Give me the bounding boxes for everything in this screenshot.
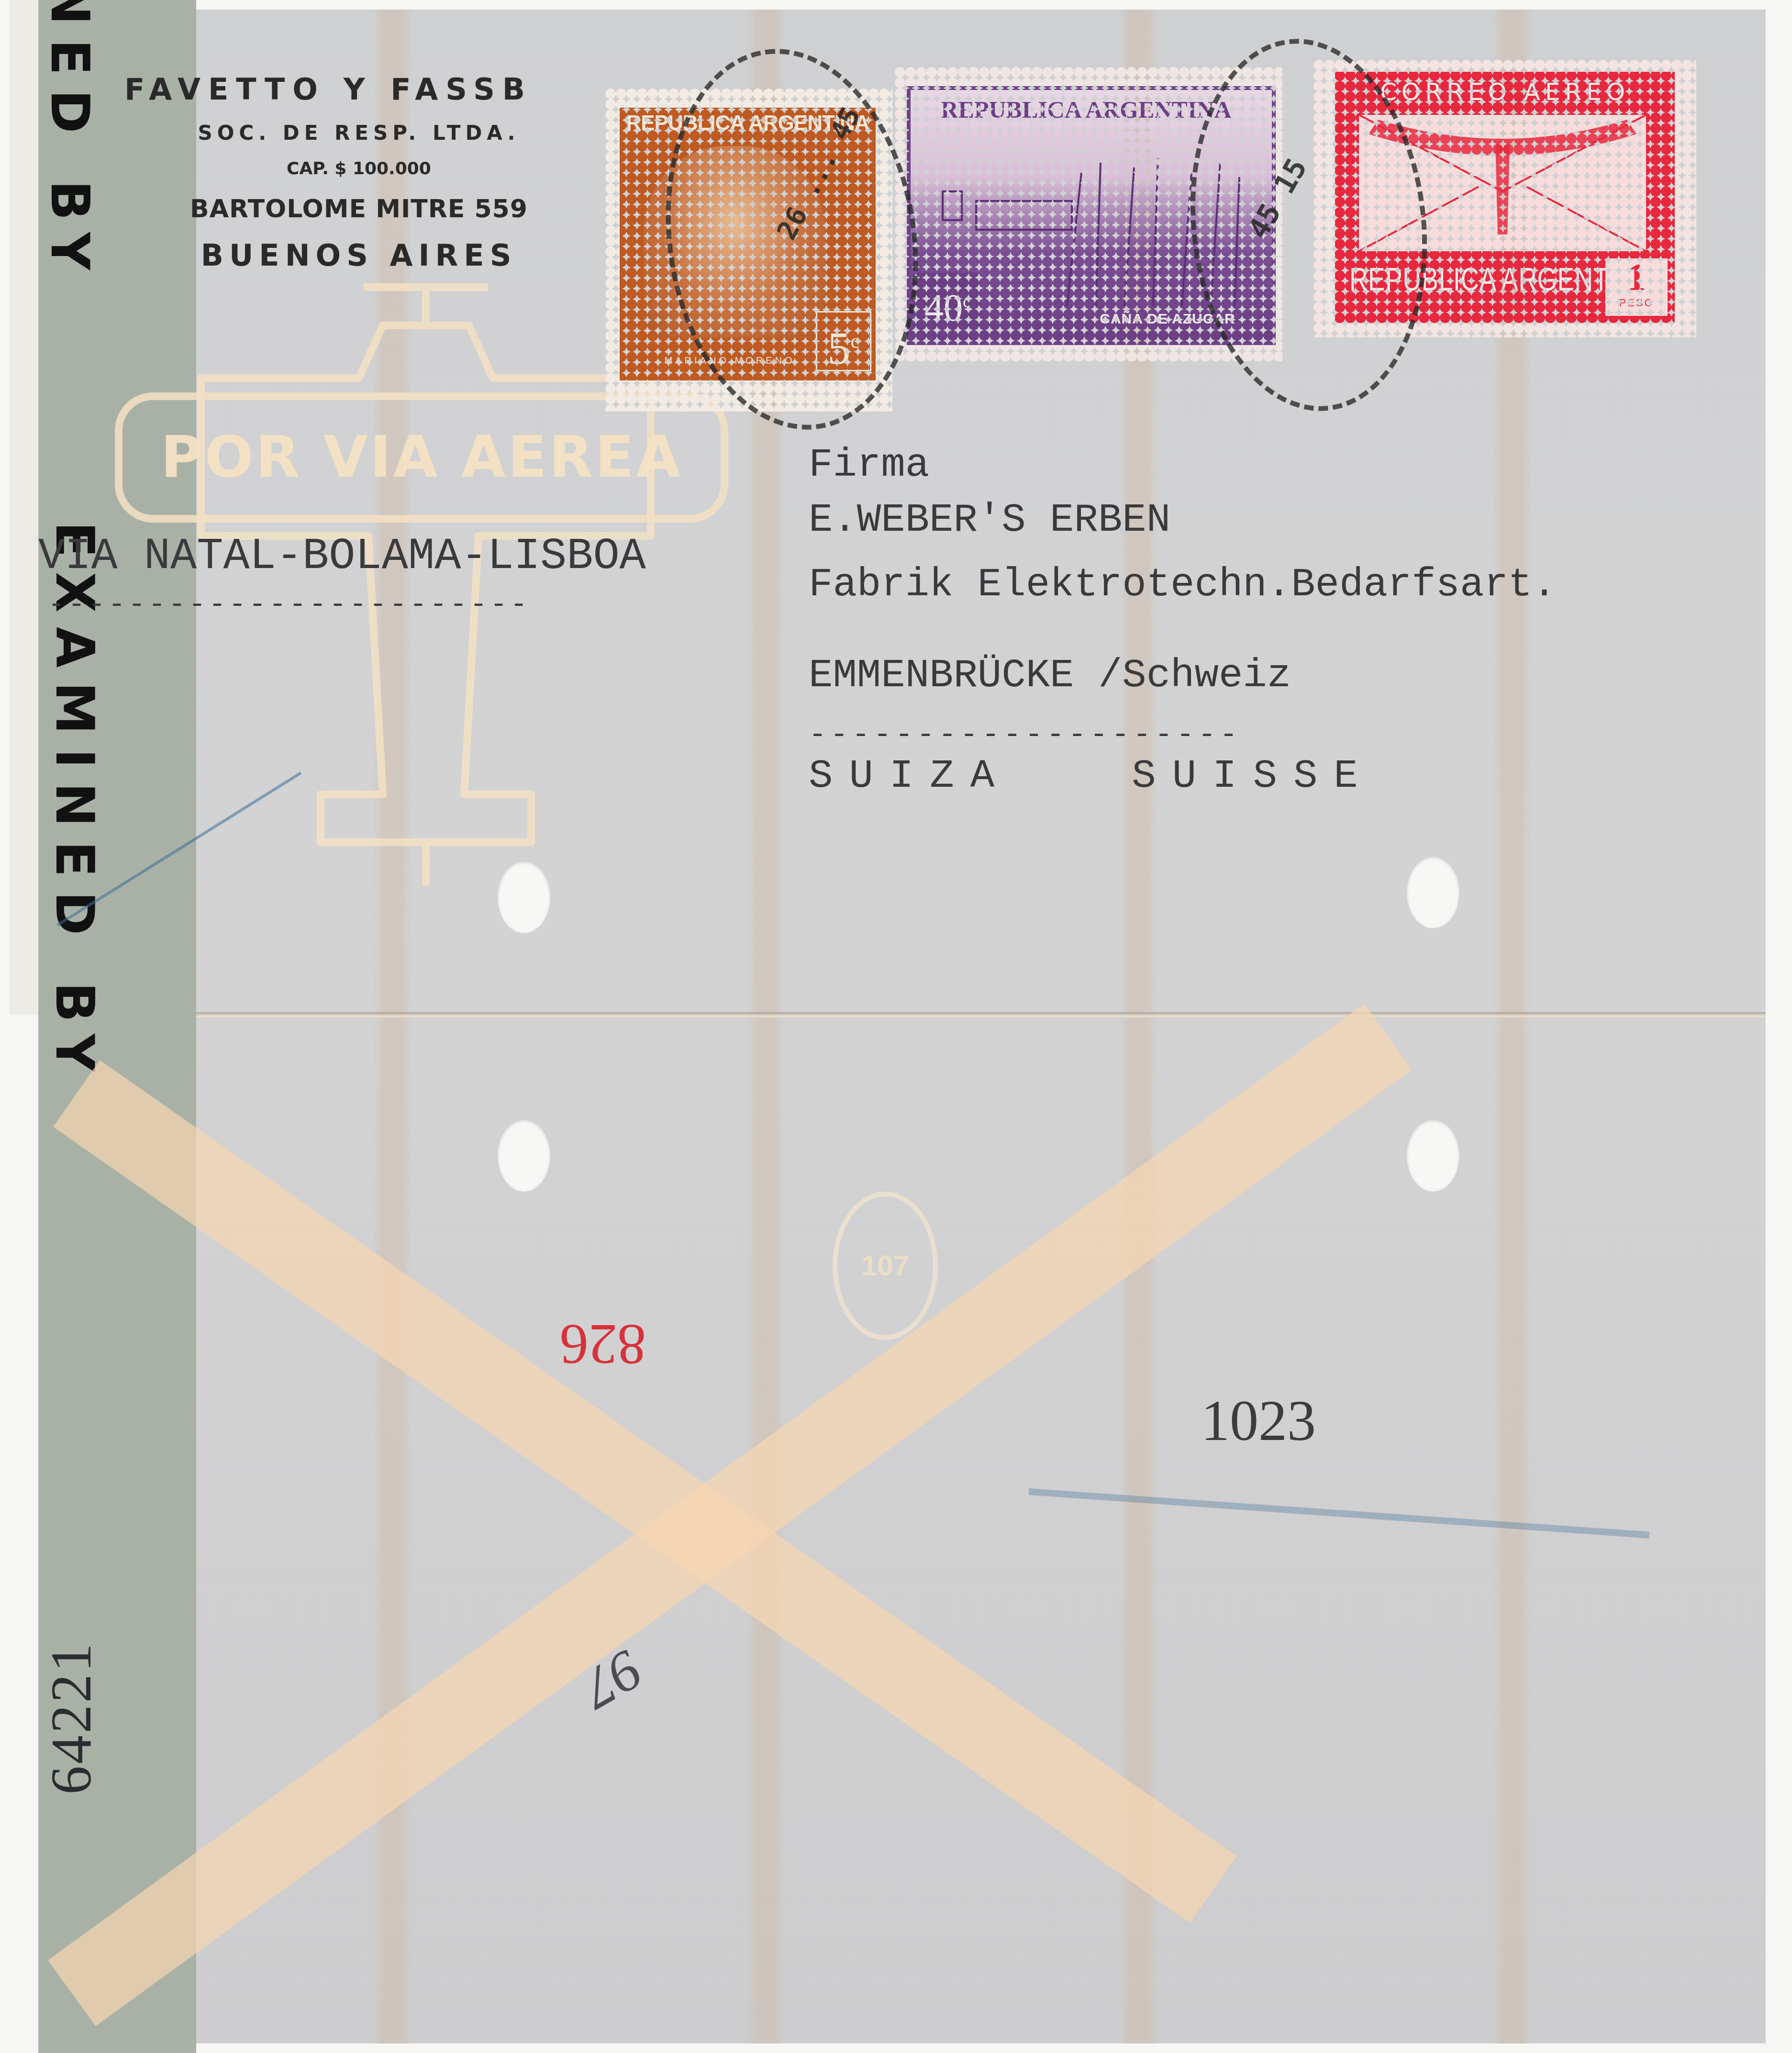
route-underline: ------------------------	[48, 589, 530, 621]
punch-hole	[498, 1120, 550, 1192]
airmail-label: POR VIA AEREA	[115, 392, 728, 523]
censor-text-top: NED BY	[39, 0, 100, 284]
censor-number: 64221	[38, 1641, 104, 1795]
company-capital: CAP. $ 100.000	[120, 159, 598, 179]
stamp-value: 40c	[914, 273, 981, 330]
censor-tape-edge	[10, 0, 38, 1015]
punch-hole	[1407, 1120, 1459, 1192]
route-text: VIA NATAL-BOLAMA-LISBOA	[38, 531, 646, 581]
fold-line	[38, 1012, 1766, 1019]
receipt-number: 1023	[1201, 1388, 1316, 1454]
stamp-value-number: 1	[1605, 258, 1668, 297]
backstamp: 107	[833, 1192, 938, 1340]
stamp-value-unit: c	[963, 292, 970, 311]
address-line-recipient: E.WEBER'S ERBEN	[809, 498, 1170, 543]
company-name: FAVETTO Y FASSB	[124, 72, 598, 107]
address-line-firma: Firma	[809, 443, 929, 488]
company-street: BARTOLOME MITRE 559	[120, 195, 598, 223]
address-line-city: EMMENBRÜCKE /Schweiz	[809, 653, 1291, 699]
punch-hole	[498, 861, 550, 933]
address-line-company: Fabrik Elektrotechn.Bedarfsart.	[809, 562, 1557, 608]
stamp-value: 1 PESO	[1605, 258, 1668, 316]
address-line-country: SUIZA SUISSE	[809, 754, 1374, 799]
stamp-value-number: 40	[924, 287, 963, 329]
letterhead: FAVETTO Y FASSB SOC. DE RESP. LTDA. CAP.…	[120, 72, 598, 273]
stamp-value-unit: PESO	[1605, 297, 1668, 309]
red-pencil-mark: 826	[560, 1311, 646, 1377]
punch-hole	[1407, 857, 1459, 928]
company-legal-form: SOC. DE RESP. LTDA.	[120, 121, 598, 145]
company-city: BUENOS AIRES	[120, 238, 598, 273]
address-separator: --------------------	[809, 718, 1241, 752]
